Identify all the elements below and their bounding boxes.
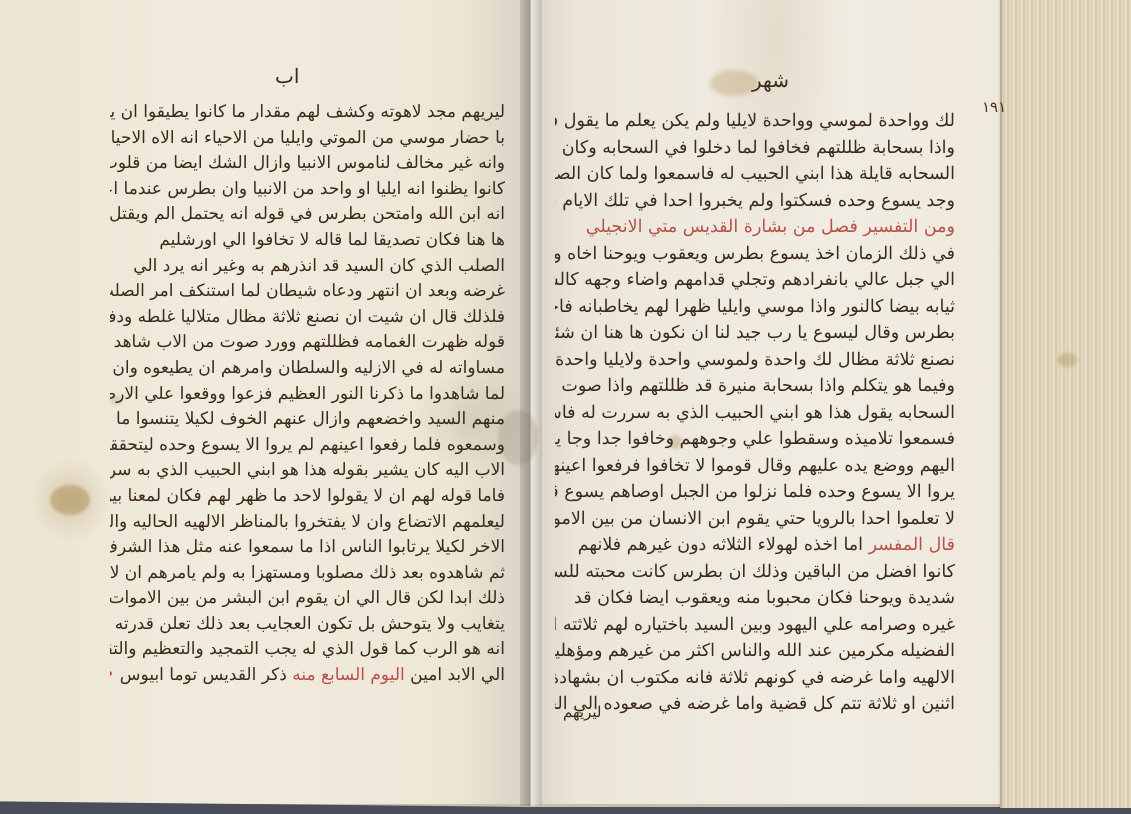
text-line: غرضه وبعد ان انتهر ودعاه شيطان لما استنك… bbox=[110, 279, 505, 305]
rubric-heading: فصل من بشارة القديس متي الانجيلي bbox=[586, 217, 858, 237]
closing-line: الي الابد امين اليوم السابع منه ذكر القد… bbox=[110, 663, 505, 689]
text-line: ليعلمهم الاتضاع وان لا يفتخروا بالمناظر … bbox=[110, 510, 505, 536]
text-line: ذلك ابدا لكن قال الي ان يقوم ابن البشر م… bbox=[110, 586, 505, 612]
stain-left-margin bbox=[50, 485, 90, 515]
text-line: لما شاهدوا ما ذكرنا النور العظيم فزعوا و… bbox=[110, 382, 505, 408]
text-line: شديدة ويوحنا فكان محبوبا منه ويعقوب ايضا… bbox=[555, 585, 955, 612]
binding-gutter bbox=[520, 0, 542, 806]
text-line: با حضار موسي من الموتي وايليا من الاحياء… bbox=[110, 126, 505, 152]
manuscript-spread: اب ليريهم مجد لاهوته وكشف لهم مقدار ما ك… bbox=[0, 0, 1131, 808]
text-segment: الي الابد امين bbox=[410, 665, 505, 685]
text-line: الصلب الذي كان السيد قد انذرهم به وغير ا… bbox=[110, 254, 505, 280]
text-line: الاخر لكيلا يرتابوا الناس اذا ما سمعوا ع… bbox=[110, 535, 505, 561]
text-line: غيره وصرامه علي اليهود وبين السيد باختيا… bbox=[555, 612, 955, 639]
text-line: مساواته له في الازليه والسلطان وامرهم ان… bbox=[110, 356, 505, 382]
text-line: الاب اليه كان يشير بقوله هذا هو ابني الح… bbox=[110, 458, 505, 484]
right-page-text: لك وواحدة لموسي وواحدة لايليا ولم يكن يع… bbox=[555, 108, 955, 718]
text-line: فلذلك قال ان شيت ان نصنع ثلاثة مظال متلا… bbox=[110, 305, 505, 331]
text-line: ليريهم مجد لاهوته وكشف لهم مقدار ما كانو… bbox=[110, 100, 505, 126]
text-segment: ذكر القديس توما ابيوس bbox=[120, 665, 287, 685]
text-line: اليهم ووضع يده عليهم وقال قوموا لا تخافو… bbox=[555, 453, 955, 480]
rubric-heading: اليوم السابع منه bbox=[292, 665, 405, 685]
text-line: السحابه قايلة هذا ابني الحبيب له فاسمعوا… bbox=[555, 161, 955, 188]
text-line: انه ابن الله وامتحن بطرس في قوله انه يحت… bbox=[110, 202, 505, 228]
text-line: يتغايب ولا يتوحش بل تكون العجايب بعد ذلك… bbox=[110, 612, 505, 638]
text-line: الي جبل عالي بانفرادهم وتجلي قدامهم واضا… bbox=[555, 267, 955, 294]
text-line: منهم السيد واخضعهم وازال عنهم الخوف لكيل… bbox=[110, 407, 505, 433]
text-line: الالهيه واما غرضه في كونهم ثلاثة فانه مك… bbox=[555, 665, 955, 692]
text-line: يروا الا يسوع وحده فلما نزلوا من الجبل ا… bbox=[555, 479, 955, 506]
text-line: وجد يسوع وحده فسكتوا ولم يخبروا احدا في … bbox=[555, 188, 955, 215]
text-line: السحابه يقول هذا هو ابني الحبيب الذي به … bbox=[555, 400, 955, 427]
text-line: وسمعوه فلما رفعوا اعينهم لم يروا الا يسو… bbox=[110, 433, 505, 459]
text-line: بطرس وقال ليسوع يا رب جيد لنا ان نكون ها… bbox=[555, 320, 955, 347]
fore-edge-shadow bbox=[998, 0, 1008, 808]
text-line: فاما قوله لهم ان لا يقولوا لاحد ما ظهر ل… bbox=[110, 484, 505, 510]
folio-number: ١٩١ bbox=[982, 98, 1006, 116]
stain-fore-edge bbox=[1057, 353, 1077, 367]
text-line: في ذلك الزمان اخذ يسوع بطرس ويعقوب ويوحن… bbox=[555, 241, 955, 268]
text-line: لك وواحدة لموسي وواحدة لايليا ولم يكن يع… bbox=[555, 108, 955, 135]
rubric-prefix: ومن التفسير bbox=[863, 217, 955, 237]
left-page-text: ليريهم مجد لاهوته وكشف لهم مقدار ما كانو… bbox=[110, 100, 505, 689]
text-line: ثيابه بيضا كالنور واذا موسي وايليا ظهرا … bbox=[555, 294, 955, 321]
text-line: الفضيله مكرمين عند الله والناس اكثر من غ… bbox=[555, 638, 955, 665]
text-line: وفيما هو يتكلم واذا بسحابة منيرة قد ظللت… bbox=[555, 373, 955, 400]
text-line: فسمعوا تلاميذه وسقطوا علي وجوههم وخافوا … bbox=[555, 426, 955, 453]
right-page-header: شهر bbox=[752, 68, 789, 92]
text-line: لا تعلموا احدا بالرويا حتي يقوم ابن الان… bbox=[555, 506, 955, 533]
commentary-rubric: قال المفسر bbox=[869, 535, 955, 555]
text-line: وانه غير مخالف لناموس الانبيا وازال الشك… bbox=[110, 151, 505, 177]
text-line: واذا بسحابة ظللتهم فخافوا لما دخلوا في ا… bbox=[555, 135, 955, 162]
header-stain bbox=[710, 70, 758, 96]
text-line: اثنين او ثلاثة تتم كل قضية واما غرضه في … bbox=[555, 691, 955, 718]
text-line: كانوا يظنوا انه ايليا او واحد من الانبيا… bbox=[110, 177, 505, 203]
text-line: انه هو الرب كما قول الذي له يجب التمجيد … bbox=[110, 637, 505, 663]
text-line: ثم شاهدوه بعد ذلك مصلوبا ومستهزا به ولم … bbox=[110, 561, 505, 587]
left-page-header: اب bbox=[275, 64, 299, 88]
text-line: كانوا افضل من الباقين وذلك ان بطرس كانت … bbox=[555, 559, 955, 586]
rubric-line: ومن التفسير فصل من بشارة القديس متي الان… bbox=[555, 214, 955, 241]
text-segment: اما اخذه لهولاء الثلاثه دون غيرهم فلانهم bbox=[578, 535, 863, 555]
page-fore-edge bbox=[1000, 0, 1131, 808]
commentary-line: قال المفسر اما اخذه لهولاء الثلاثه دون غ… bbox=[555, 532, 955, 559]
text-line: قوله ظهرت الغمامه فظللتهم وورد صوت من ال… bbox=[110, 330, 505, 356]
red-dot-mark: • bbox=[110, 665, 114, 685]
text-line: نصنع ثلاثة مظال لك واحدة ولموسي واحدة ول… bbox=[555, 347, 955, 374]
text-line: ها هنا فكان تصديقا لما قاله لا تخافوا ال… bbox=[110, 228, 505, 254]
catchword: ليريهم bbox=[563, 703, 601, 721]
